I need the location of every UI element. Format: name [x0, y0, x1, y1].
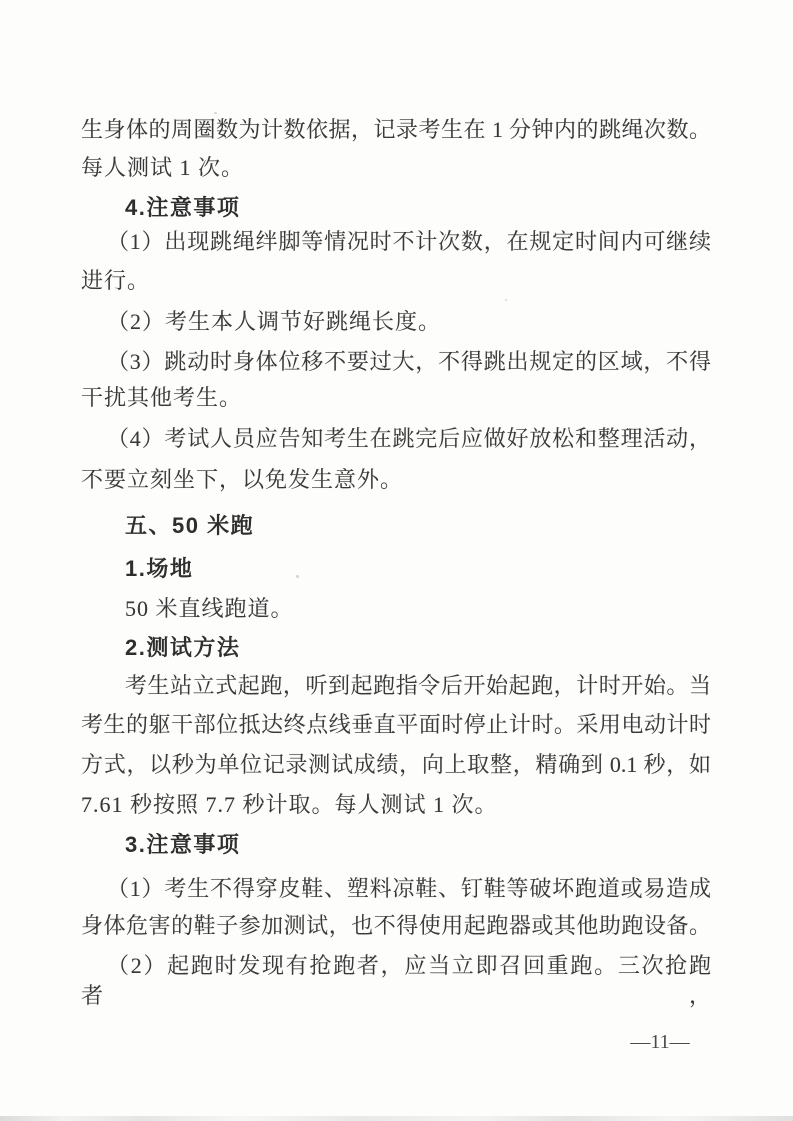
text-line: 生身体的周圈数为计数依据，记录考生在 1 分钟内的跳绳次数。 [81, 115, 711, 145]
section-heading: 1.场地 [81, 554, 711, 584]
text-line: 考生站立式起跑，听到起跑指令后开始起跑，计时开始。当 [81, 671, 711, 701]
text-line: 50 米直线跑道。 [81, 594, 711, 624]
scan-speck [505, 299, 507, 301]
scan-edge-artifact [0, 1116, 793, 1121]
text-line: （3）跳动时身体位移不要过大，不得跳出规定的区域，不得 [81, 347, 711, 377]
section-heading: 4.注意事项 [81, 193, 711, 223]
section-heading: 2.测试方法 [81, 633, 711, 663]
text-line: （1）考生不得穿皮鞋、塑料凉鞋、钉鞋等破坏跑道或易造成 [81, 874, 711, 904]
text-line: 身体危害的鞋子参加测试，也不得使用起跑器或其他助跑设备。 [81, 911, 711, 941]
text-line: 7.61 秒按照 7.7 秒计取。每人测试 1 次。 [81, 790, 711, 820]
text-line: 每人测试 1 次。 [81, 153, 711, 183]
section-heading: 五、50 米跑 [81, 511, 711, 541]
text-line: 干扰其他考生。 [81, 383, 711, 413]
text-line: 进行。 [81, 266, 711, 296]
document-page: 生身体的周圈数为计数依据，记录考生在 1 分钟内的跳绳次数。 每人测试 1 次。… [0, 0, 793, 1121]
text-line: 方式，以秒为单位记录测试成绩，向上取整，精确到 0.1 秒，如 [81, 750, 711, 780]
section-heading: 3.注意事项 [81, 830, 711, 860]
text-line: （1）出现跳绳绊脚等情况时不计次数，在规定时间内可继续 [81, 227, 711, 257]
page-number: —11— [600, 1030, 720, 1054]
scan-speck [296, 575, 299, 578]
text-line: 不要立刻坐下，以免发生意外。 [81, 465, 711, 495]
text-line: （2）起跑时发现有抢跑者，应当立即召回重跑。三次抢跑者， [81, 951, 711, 981]
text-line: 考生的躯干部位抵达终点线垂直平面时停止计时。采用电动计时 [81, 710, 711, 740]
text-line: （4）考试人员应告知考生在跳完后应做好放松和整理活动， [81, 424, 711, 454]
text-line: （2）考生本人调节好跳绳长度。 [81, 307, 711, 337]
scan-speck [214, 112, 217, 114]
